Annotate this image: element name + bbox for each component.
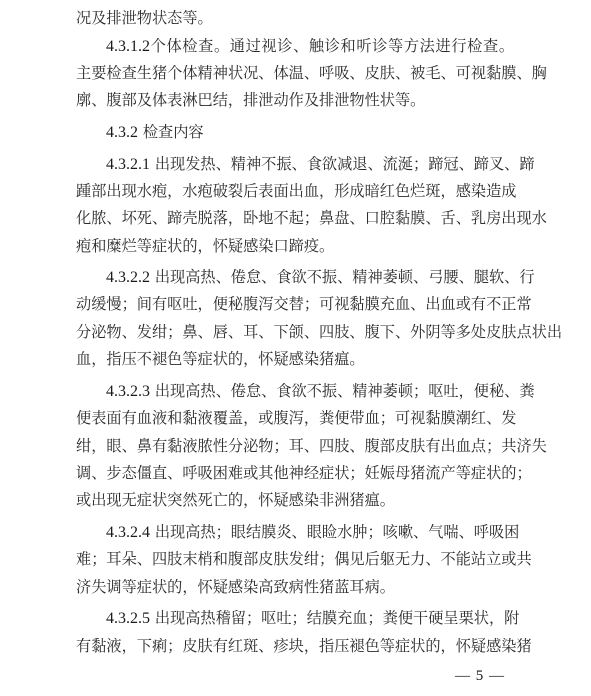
section-heading-4-3-2-2: 4.3.2.2 出现高热、倦怠、食欲不振、精神萎顿、弓腰、腿软、行 bbox=[106, 267, 514, 288]
text-line: 踵部出现水疱，水疱破裂后表面出血，形成暗红色烂斑，感染造成 bbox=[76, 181, 514, 201]
text-line: 动缓慢；间有呕吐，便秘腹泻交替；可视黏膜充血、出血或有不正常 bbox=[76, 294, 514, 314]
section-heading-4-3-1-2: 4.3.1.2个体检查。通过视诊、触诊和听诊等方法进行检查。 bbox=[106, 36, 514, 57]
text-line: 有黏液，下痢；皮肤有红斑、疹块，指压褪色等症状的，怀疑感染猪 bbox=[76, 636, 514, 656]
section-heading-4-3-2-1: 4.3.2.1 出现发热、精神不振、食欲减退、流涎；蹄冠、蹄叉、蹄 bbox=[106, 154, 514, 175]
text-line: 化脓、坏死、蹄壳脱落，卧地不起；鼻盘、口腔黏膜、舌、乳房出现水 bbox=[76, 208, 514, 228]
document-page: 况及排泄物状态等。 4.3.1.2个体检查。通过视诊、触诊和听诊等方法进行检查。… bbox=[0, 0, 591, 696]
text-line: 难；耳朵、四肢末梢和腹部皮肤发绀；偶见后躯无力、不能站立或共 bbox=[76, 549, 514, 569]
text-line: 调、步态僵直、呼吸困难或其他神经症状；妊娠母猪流产等症状的； bbox=[76, 463, 514, 483]
text-line: 廓、腹部及体表淋巴结，排泄动作及排泄物性状等。 bbox=[76, 90, 514, 110]
text-line: 济失调等症状的，怀疑感染高致病性猪蓝耳病。 bbox=[76, 577, 514, 597]
section-heading-4-3-2-4: 4.3.2.4 出现高热；眼结膜炎、眼睑水肿；咳嗽、气喘、呼吸困 bbox=[106, 522, 514, 543]
text-line: 或出现无症状突然死亡的，怀疑感染非洲猪瘟。 bbox=[76, 490, 514, 510]
section-heading-4-3-2-3: 4.3.2.3 出现高热、倦怠、食欲不振、精神萎顿；呕吐，便秘、粪 bbox=[106, 381, 514, 402]
section-heading-4-3-2: 4.3.2 检查内容 bbox=[106, 122, 514, 143]
text-line: 绀，眼、鼻有黏液脓性分泌物；耳、四肢、腹部皮肤有出血点；共济失 bbox=[76, 436, 514, 456]
text-line: 主要检查生猪个体精神状况、体温、呼吸、皮肤、被毛、可视黏膜、胸 bbox=[76, 63, 514, 83]
text-line: 分泌物、发绀；鼻、唇、耳、下颌、四肢、腹下、外阴等多处皮肤点状出 bbox=[76, 322, 514, 342]
text-line: 血，指压不褪色等症状的，怀疑感染猪瘟。 bbox=[76, 349, 514, 369]
text-line: 况及排泄物状态等。 bbox=[76, 8, 514, 28]
text-line: 疱和糜烂等症状的，怀疑感染口蹄疫。 bbox=[76, 236, 514, 256]
text-line: 便表面有血液和黏液覆盖，或腹泻，粪便带血；可视黏膜潮红、发 bbox=[76, 408, 514, 428]
section-heading-4-3-2-5: 4.3.2.5 出现高热稽留；呕吐；结膜充血；粪便干硬呈栗状，附 bbox=[106, 608, 514, 629]
page-number: — 5 — bbox=[455, 668, 505, 685]
